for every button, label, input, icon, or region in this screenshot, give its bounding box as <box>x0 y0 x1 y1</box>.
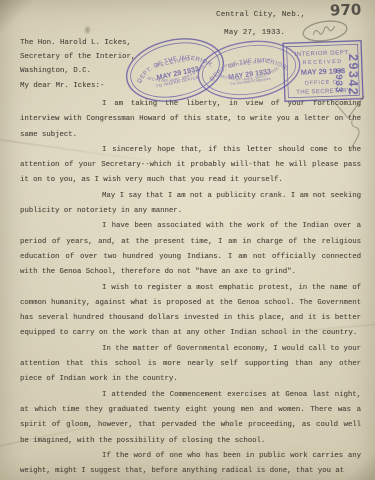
ink-smudge <box>84 25 91 35</box>
stamp-to-indian-office: TO INDIAN OFFICE <box>155 75 199 89</box>
svg-text:DEPT. OF THE INTERIOR.: DEPT. OF THE INTERIOR. <box>133 49 215 85</box>
address-line: Washington, D.C. <box>20 64 135 78</box>
salutation: My dear Mr. Ickes:- <box>20 82 104 90</box>
svg-text:SEC'Y'S OFF.-APPS., MAILS & FI: SEC'Y'S OFF.-APPS., MAILS & FILES <box>219 66 281 86</box>
file-year-stamp: 1933 <box>333 68 344 114</box>
letter-paragraph: In the matter of Governmental economy, I… <box>20 342 361 388</box>
address-line: Secretary of the Interior, <box>20 50 135 64</box>
page-number-annotation: 970 <box>330 0 362 19</box>
letter-paragraph: I wish to register a most emphatic prote… <box>20 281 361 342</box>
address-line: The Hon. Harold L. Ickes, <box>20 36 135 50</box>
date-line: May 27, 1933. <box>216 24 305 42</box>
letter-paragraph: I am taking the liberty, in view of your… <box>20 97 361 143</box>
letter-paragraph: If the word of one who has been in publi… <box>20 449 361 480</box>
address-block: The Hon. Harold L. Ickes,Secretary of th… <box>20 36 135 78</box>
svg-text:SEC'Y'S OFF.-APPS., MAILS & FI: SEC'Y'S OFF.-APPS., MAILS & FILES <box>146 64 208 88</box>
stamp-for-secretary-signature: For Secretary's Signature <box>230 77 271 87</box>
stamp-interior-dept: INTERIOR DEPT. <box>294 50 350 58</box>
stamp-dept-arc: DEPT. OF THE INTERIOR. <box>207 53 290 83</box>
dateline: Central City, Neb., May 27, 1933. <box>216 6 305 42</box>
stamp-office-arc: SEC'Y'S OFF.-APPS., MAILS & FILES <box>146 64 208 88</box>
stamp-star: ☆ <box>138 78 144 85</box>
letter-paragraph: I attended the Commencement exercises at… <box>20 388 361 449</box>
letter-paragraph: May I say that I am not a publicity cran… <box>20 189 361 220</box>
stamp-received-label: RECEIVED <box>302 59 343 66</box>
stamp-prepare-reply: DEPT. OF THE INTERIOR. PREPARE REPLY ☆ M… <box>192 33 305 107</box>
place-line: Central City, Neb., <box>216 6 305 24</box>
stamp-dept-arc: DEPT. OF THE INTERIOR. <box>133 49 215 85</box>
circled-pencil-scribble <box>300 19 350 43</box>
stamp-star-left: ☆ <box>209 76 215 83</box>
stamp-date: MAY 29 1933 <box>156 64 200 82</box>
stamp-star-right: ☆ <box>284 66 290 73</box>
letter-page: Central City, Neb., May 27, 1933. 970 Th… <box>0 0 375 480</box>
stamp-prepare-reply-label: PREPARE REPLY <box>224 57 272 69</box>
stamp-office-arc: SEC'Y'S OFF.-APPS., MAILS & FILES <box>219 66 281 86</box>
stamp-date: MAY 29 1933 <box>228 67 272 82</box>
file-number-stamp: 29342 <box>346 54 360 122</box>
letter-paragraph: I have been associated with the work of … <box>20 219 361 280</box>
letter-paragraph: I sincerely hope that, if this letter sh… <box>20 143 361 189</box>
letter-body: I am taking the liberty, in view of your… <box>20 97 361 479</box>
stamp-received-label: RECEIVED <box>155 56 192 69</box>
svg-text:DEPT. OF THE INTERIOR.: DEPT. OF THE INTERIOR. <box>207 53 290 83</box>
